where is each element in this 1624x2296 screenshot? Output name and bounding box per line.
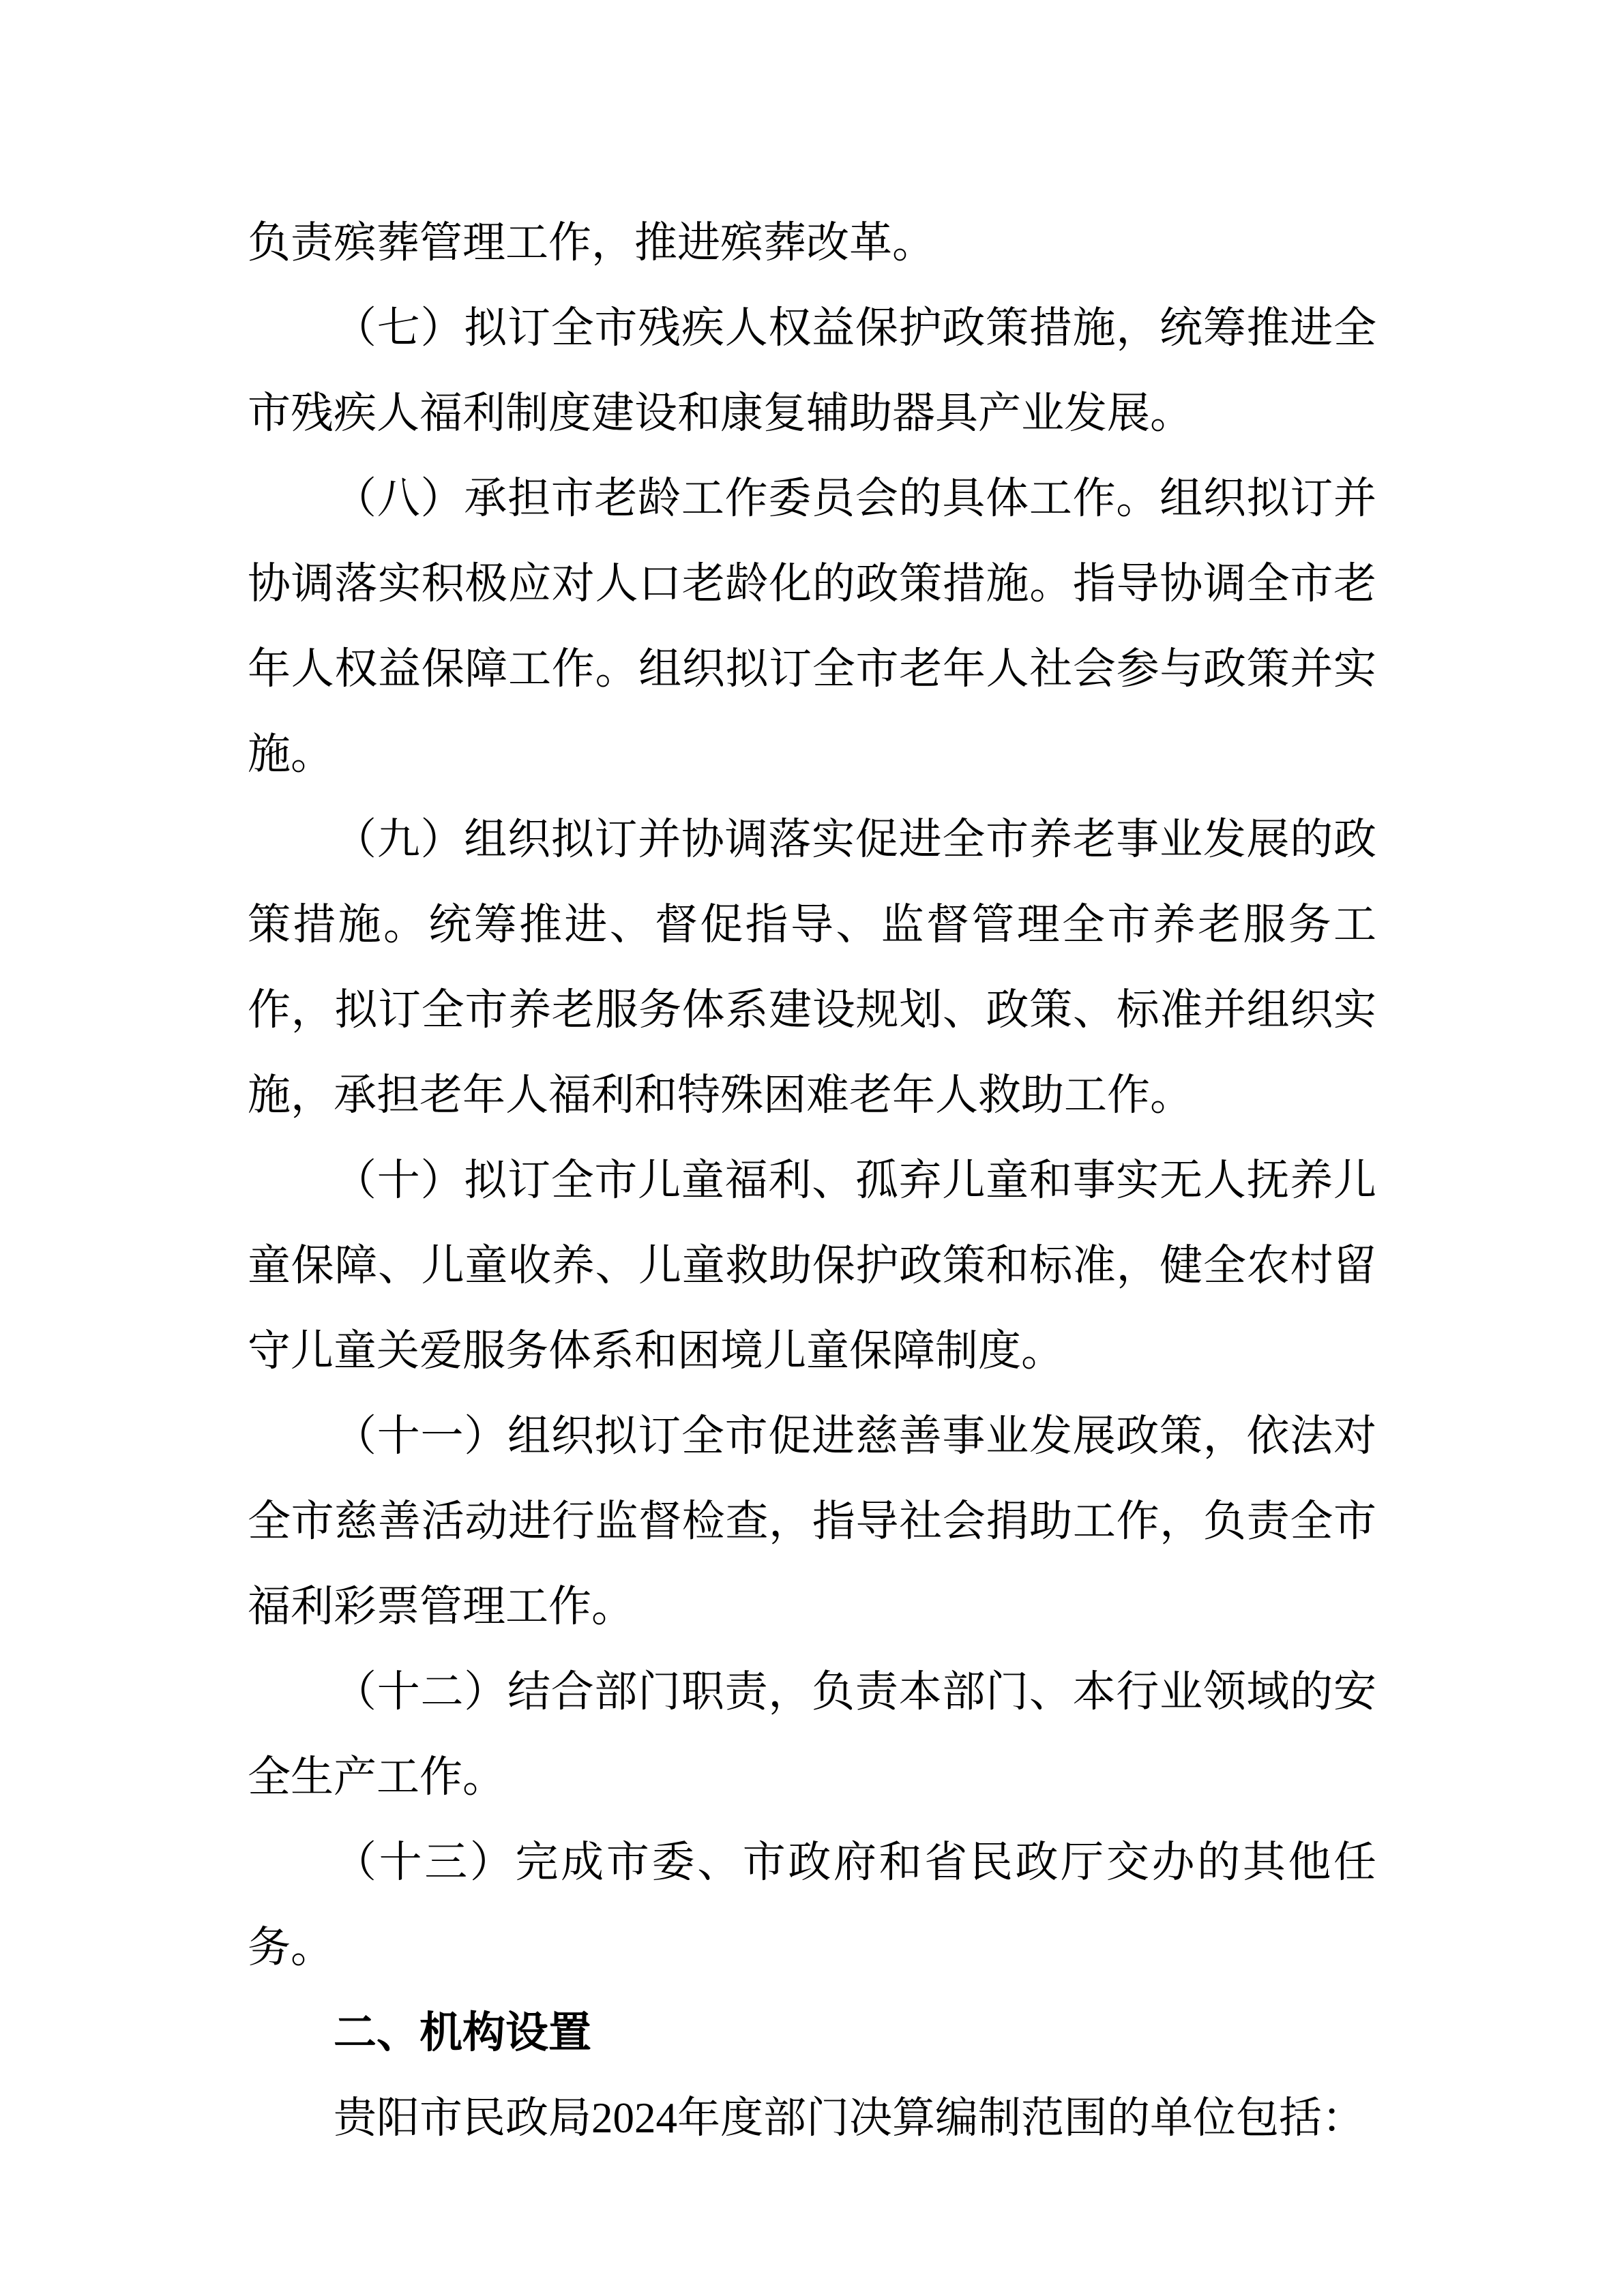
duty-paragraph-10-child-welfare: （十）拟订全市儿童福利、孤弃儿童和事实无人抚养儿童保障、儿童收养、儿童救助保护政… xyxy=(248,1138,1376,1394)
duty-paragraph-9-elderly-care: （九）组织拟订并协调落实促进全市养老事业发展的政策措施。统筹推进、督促指导、监督… xyxy=(248,797,1376,1138)
duty-paragraph-12-work-safety: （十二）结合部门职责，负责本部门、本行业领域的安全生产工作。 xyxy=(248,1650,1376,1820)
duty-paragraph-11-charity: （十一）组织拟订全市促进慈善事业发展政策，依法对全市慈善活动进行监督检查，指导社… xyxy=(248,1394,1376,1650)
section-heading-organization-setup: 二、机构设置 xyxy=(248,1991,1376,2076)
duty-paragraph-8-aging-work: （八）承担市老龄工作委员会的具体工作。组织拟订并协调落实积极应对人口老龄化的政策… xyxy=(248,456,1376,797)
document-page: 负责殡葬管理工作，推进殡葬改革。 （七）拟订全市残疾人权益保护政策措施，统筹推进… xyxy=(0,0,1624,2296)
duty-paragraph-7-disabled-persons: （七）拟订全市残疾人权益保护政策措施，统筹推进全市残疾人福利制度建设和康复辅助器… xyxy=(248,286,1376,456)
closing-paragraph-accounts-scope: 贵阳市民政局2024年度部门决算编制范围的单位包括： xyxy=(248,2076,1376,2161)
continuation-paragraph-funeral-management: 负责殡葬管理工作，推进殡葬改革。 xyxy=(248,200,1376,286)
duty-paragraph-13-other-tasks: （十三）完成市委、市政府和省民政厅交办的其他任务。 xyxy=(248,1820,1376,1991)
